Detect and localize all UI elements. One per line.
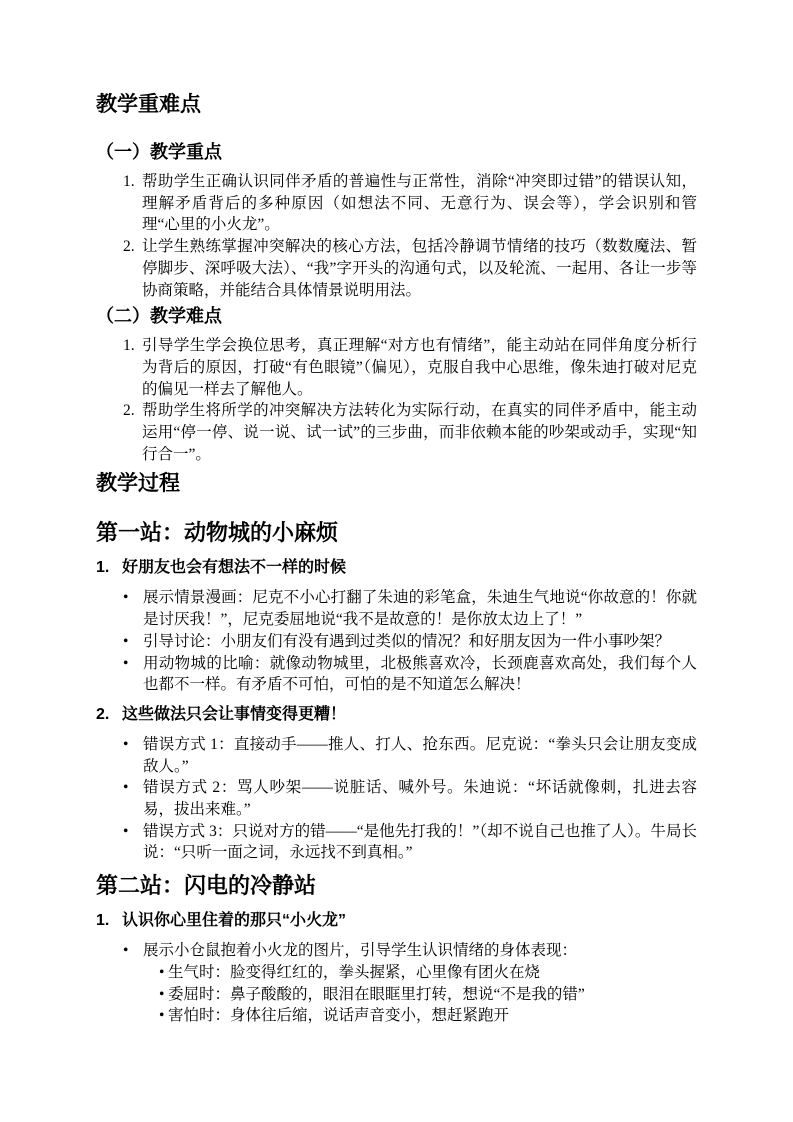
document-page: 教学重难点 （一）教学重点 1. 帮助学生正确认识同伴矛盾的普遍性与正常性，消除… [0,0,793,1122]
bullet-icon: • [123,821,143,864]
bullet-list: • 展示情景漫画：尼克不小心打翻了朱迪的彩笔盒，朱迪生气地说“你故意的！你就是讨… [96,587,697,696]
subheading-number: 2. [96,705,122,725]
bullet-item: • 展示小仓鼠抱着小火龙的图片，引导学生认识情绪的身体表现： [96,940,697,962]
nested-bullet-item: • 委屈时：鼻子酸酸的，眼泪在眼眶里打转，想说“不是我的错” [96,984,697,1006]
bullet-text: 错误方式 2：骂人吵架——说脏话、喊外号。朱迪说：“坏话就像刺，扎进去容易，拔出… [143,777,697,820]
heading-station-1: 第一站：动物城的小麻烦 [96,520,697,546]
heading-station-2: 第二站：闪电的冷静站 [96,873,697,899]
nested-bullet-text: 害怕时：身体往后缩，说话声音变小，想赶紧跑开 [168,1005,697,1027]
bullet-icon: • [123,653,143,696]
numbered-subheading: 1. 好朋友也会有想法不一样的时候 [96,558,697,578]
bullet-item: • 用动物城的比喻：就像动物城里，北极熊喜欢冷，长颈鹿喜欢高处，我们每个人也都不… [96,653,697,696]
bullet-icon: • [159,962,168,984]
list-number: 1. [123,335,142,400]
bullet-text: 错误方式 3：只说对方的错——“是他先打我的！”（却不说自己也推了人）。牛局长说… [143,821,697,864]
list-item: 2. 帮助学生将所学的冲突解决方法转化为实际行动，在真实的同伴矛盾中，能主动运用… [96,400,697,465]
bullet-icon: • [159,984,168,1006]
bullet-icon: • [159,1005,168,1027]
bullet-text: 展示情景漫画：尼克不小心打翻了朱迪的彩笔盒，朱迪生气地说“你故意的！你就是讨厌我… [143,587,697,630]
subheading-title: 这些做法只会让事情变得更糟！ [122,705,346,725]
bullet-text: 错误方式 1：直接动手——推人、打人、抢东西。尼克说：“拳头只会让朋友变成敌人。… [143,734,697,777]
bullet-icon: • [123,631,143,653]
list-text: 帮助学生正确认识同伴矛盾的普遍性与正常性，消除“冲突即过错”的错误认知，理解矛盾… [142,171,697,236]
subheading-title: 认识你心里住着的那只“小火龙” [122,911,346,931]
list-item: 2. 让学生熟练掌握冲突解决的核心方法，包括冷静调节情绪的技巧（数数魔法、暂停脚… [96,236,697,301]
bullet-text: 用动物城的比喻：就像动物城里，北极熊喜欢冷，长颈鹿喜欢高处，我们每个人也都不一样… [143,653,697,696]
list-text: 帮助学生将所学的冲突解决方法转化为实际行动，在真实的同伴矛盾中，能主动运用“停一… [142,400,697,465]
nested-bullet-text: 生气时：脸变得红红的，拳头握紧，心里像有团火在烧 [168,962,697,984]
list-text: 引导学生学会换位思考，真正理解“对方也有情绪”，能主动站在同伴角度分析行为背后的… [142,335,697,400]
bullet-icon: • [123,587,143,630]
nested-bullet-item: • 生气时：脸变得红红的，拳头握紧，心里像有团火在烧 [96,962,697,984]
bullet-icon: • [123,777,143,820]
list-number: 2. [123,400,142,465]
bullet-list: • 展示小仓鼠抱着小火龙的图片，引导学生认识情绪的身体表现： • 生气时：脸变得… [96,940,697,1027]
list-text: 让学生熟练掌握冲突解决的核心方法，包括冷静调节情绪的技巧（数数魔法、暂停脚步、深… [142,236,697,301]
bullet-text: 引导讨论：小朋友们有没有遇到过类似的情况？和好朋友因为一件小事吵架？ [143,631,697,653]
heading-teaching-process: 教学过程 [96,471,697,496]
heading-teaching-difficulty: （二）教学难点 [96,305,697,327]
heading-key-difficult-points: 教学重难点 [96,92,697,117]
list-number: 2. [123,236,142,301]
subheading-title: 好朋友也会有想法不一样的时候 [122,558,346,578]
bullet-item: • 错误方式 3：只说对方的错——“是他先打我的！”（却不说自己也推了人）。牛局… [96,821,697,864]
bullet-text: 展示小仓鼠抱着小火龙的图片，引导学生认识情绪的身体表现： [143,940,697,962]
nested-bullet-item: • 害怕时：身体往后缩，说话声音变小，想赶紧跑开 [96,1005,697,1027]
numbered-subheading: 2. 这些做法只会让事情变得更糟！ [96,705,697,725]
list-item: 1. 引导学生学会换位思考，真正理解“对方也有情绪”，能主动站在同伴角度分析行为… [96,335,697,400]
bullet-item: • 错误方式 2：骂人吵架——说脏话、喊外号。朱迪说：“坏话就像刺，扎进去容易，… [96,777,697,820]
bullet-list: • 错误方式 1：直接动手——推人、打人、抢东西。尼克说：“拳头只会让朋友变成敌… [96,734,697,864]
subheading-number: 1. [96,911,122,931]
bullet-item: • 错误方式 1：直接动手——推人、打人、抢东西。尼克说：“拳头只会让朋友变成敌… [96,734,697,777]
list-number: 1. [123,171,142,236]
bullet-item: • 引导讨论：小朋友们有没有遇到过类似的情况？和好朋友因为一件小事吵架？ [96,631,697,653]
bullet-icon: • [123,940,143,962]
nested-bullet-text: 委屈时：鼻子酸酸的，眼泪在眼眶里打转，想说“不是我的错” [168,984,697,1006]
bullet-item: • 展示情景漫画：尼克不小心打翻了朱迪的彩笔盒，朱迪生气地说“你故意的！你就是讨… [96,587,697,630]
list-item: 1. 帮助学生正确认识同伴矛盾的普遍性与正常性，消除“冲突即过错”的错误认知，理… [96,171,697,236]
numbered-subheading: 1. 认识你心里住着的那只“小火龙” [96,911,697,931]
heading-teaching-focus: （一）教学重点 [96,141,697,163]
teaching-difficulty-list: 1. 引导学生学会换位思考，真正理解“对方也有情绪”，能主动站在同伴角度分析行为… [96,335,697,465]
bullet-icon: • [123,734,143,777]
subheading-number: 1. [96,558,122,578]
teaching-focus-list: 1. 帮助学生正确认识同伴矛盾的普遍性与正常性，消除“冲突即过错”的错误认知，理… [96,171,697,301]
